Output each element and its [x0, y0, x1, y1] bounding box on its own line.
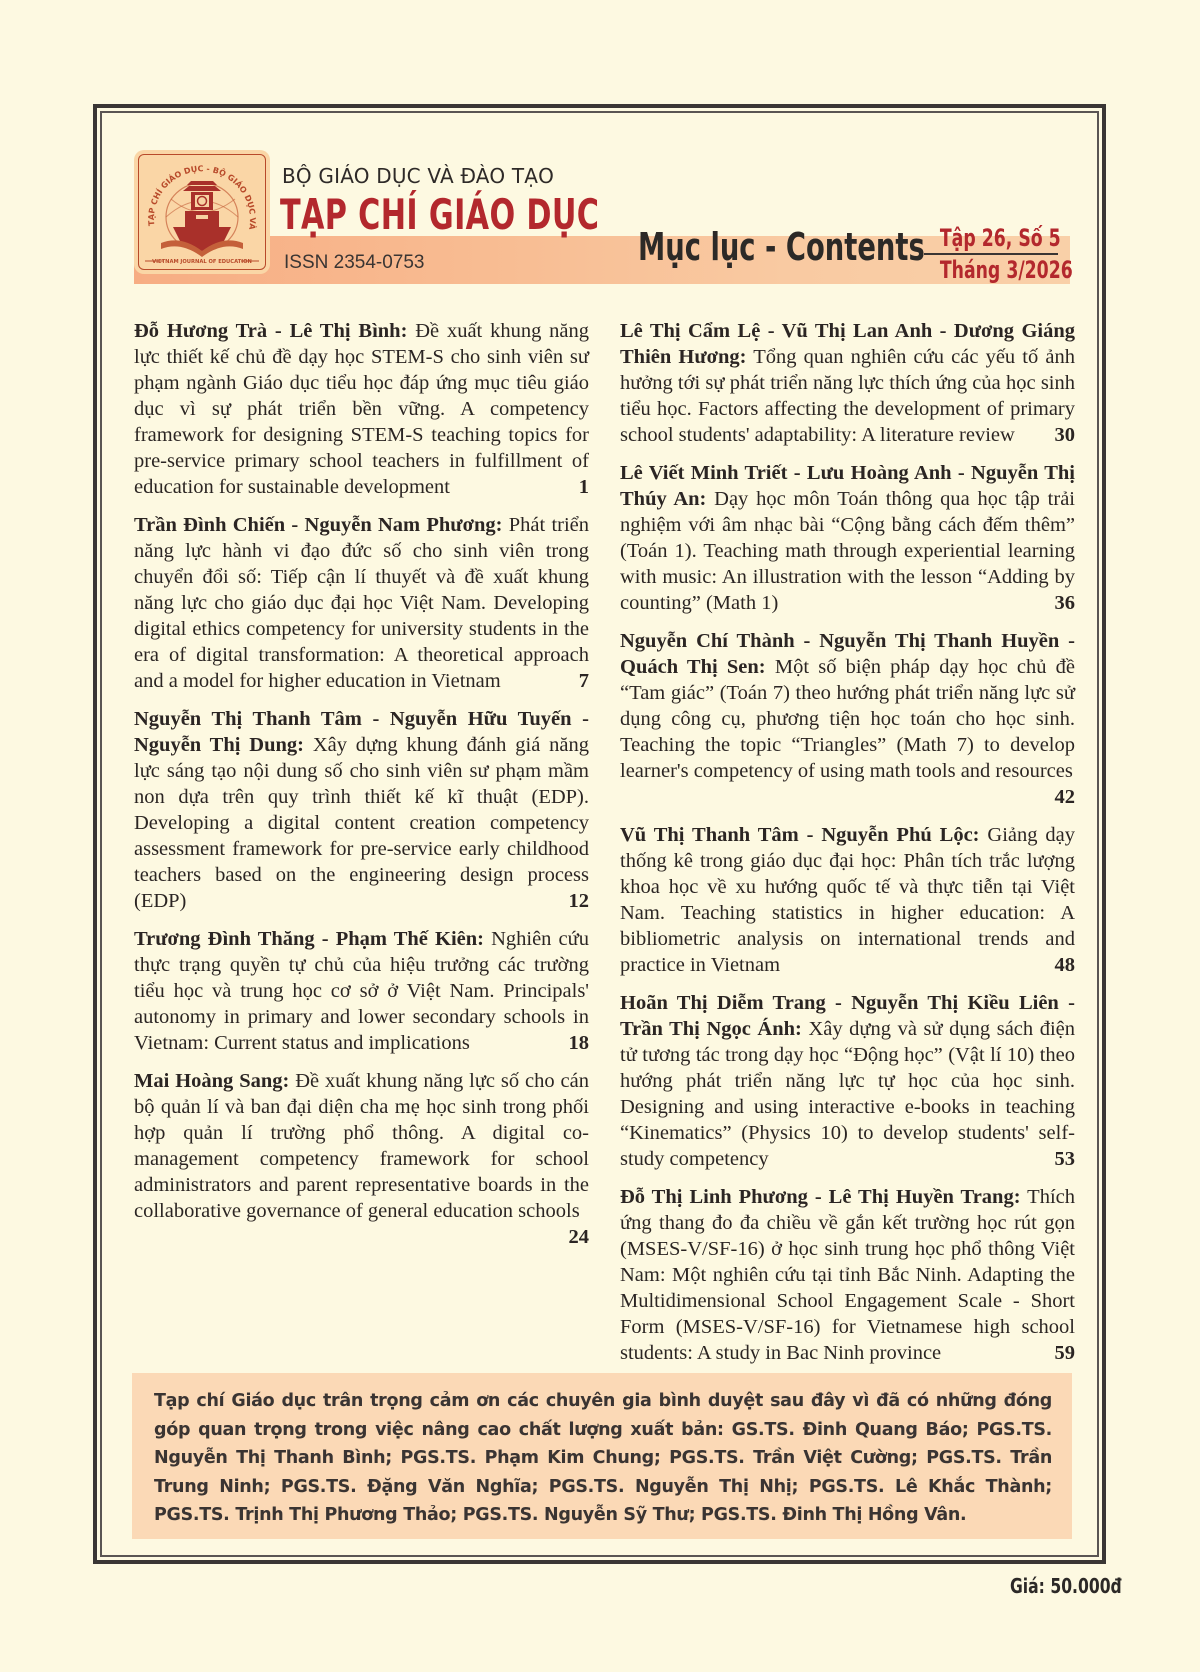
toc-entry[interactable]: Đỗ Thị Linh Phương - Lê Thị Huyền Trang:… [620, 1184, 1075, 1366]
issn: ISSN 2354-0753 [284, 252, 425, 274]
toc-entry[interactable]: Mai Hoàng Sang: Đề xuất khung năng lực s… [134, 1068, 589, 1250]
volume-issue: Tập 26, Số 5 [940, 223, 1042, 253]
toc-entry[interactable]: Vũ Thị Thanh Tâm - Nguyễn Phú Lộc: Giảng… [620, 822, 1075, 978]
toc-entry[interactable]: Nguyễn Thị Thanh Tâm - Nguyễn Hữu Tuyến … [134, 706, 589, 914]
entry-title: Xây dựng và sử dụng sách điện tử tương t… [620, 1018, 1075, 1170]
reviewer-acknowledgement: Tạp chí Giáo dục trân trọng cảm ơn các c… [132, 1373, 1072, 1539]
entry-title: Thích ứng thang đo đa chiều về gắn kết t… [620, 1186, 1075, 1364]
toc-entry[interactable]: Lê Viết Minh Triết - Lưu Hoàng Anh - Ngu… [620, 460, 1075, 616]
issue-date: Tháng 3/2026 [940, 255, 1042, 285]
entry-authors: Trần Đình Chiến - Nguyễn Nam Phương: [134, 514, 502, 536]
issue-info: Tập 26, Số 5 Tháng 3/2026 [920, 223, 1062, 285]
svg-text:VIETNAM JOURNAL OF EDUCATION: VIETNAM JOURNAL OF EDUCATION [152, 259, 252, 265]
toc-entry[interactable]: Trần Đình Chiến - Nguyễn Nam Phương: Phá… [134, 512, 589, 694]
entry-authors: Đỗ Hương Trà - Lê Thị Bình: [134, 320, 407, 342]
entry-page: 30 [1055, 422, 1076, 448]
ministry-name: BỘ GIÁO DỤC VÀ ĐÀO TẠO [282, 164, 554, 188]
contents-title: Mục lục - Contents [638, 225, 925, 269]
journal-title: TẠP CHÍ GIÁO DỤC [280, 190, 599, 239]
entry-page: 24 [569, 1224, 590, 1250]
entry-authors: Trương Đình Thăng - Phạm Thế Kiên: [134, 928, 484, 950]
toc-entry[interactable]: Trương Đình Thăng - Phạm Thế Kiên: Nghiê… [134, 926, 589, 1056]
entry-authors: Vũ Thị Thanh Tâm - Nguyễn Phú Lộc: [620, 824, 980, 846]
price-label: Giá: 50.000đ [1010, 1574, 1122, 1598]
toc-entry[interactable]: Lê Thị Cẩm Lệ - Vũ Thị Lan Anh - Dương G… [620, 318, 1075, 448]
entry-page: 59 [1055, 1340, 1076, 1366]
entry-page: 12 [569, 888, 590, 914]
entry-authors: Mai Hoàng Sang: [134, 1070, 289, 1092]
entry-authors: Đỗ Thị Linh Phương - Lê Thị Huyền Trang: [620, 1186, 1021, 1208]
entry-page: 7 [579, 668, 589, 694]
entry-page: 53 [1055, 1146, 1076, 1172]
entry-title: Xây dựng khung đánh giá năng lực sáng tạ… [134, 734, 589, 912]
entry-page: 18 [569, 1030, 590, 1056]
entry-title: Phát triển năng lực hành vi đạo đức số c… [134, 514, 589, 692]
entry-title: Đề xuất khung năng lực số cho cán bộ quả… [134, 1070, 589, 1222]
toc-entry[interactable]: Nguyễn Chí Thành - Nguyễn Thị Thanh Huyề… [620, 628, 1075, 810]
journal-logo: TẠP CHÍ GIÁO DỤC - BỘ GIÁO DỤC VÀ ĐÀO TẠ… [134, 150, 270, 274]
entry-page: 1 [579, 474, 589, 500]
contents-right-column: Lê Thị Cẩm Lệ - Vũ Thị Lan Anh - Dương G… [620, 318, 1075, 1378]
toc-entry[interactable]: Đỗ Hương Trà - Lê Thị Bình: Đề xuất khun… [134, 318, 589, 500]
entry-title: Giảng dạy thống kê trong giáo dục đại họ… [620, 824, 1075, 976]
contents-left-column: Đỗ Hương Trà - Lê Thị Bình: Đề xuất khun… [134, 318, 589, 1262]
entry-page: 48 [1055, 952, 1076, 978]
toc-entry[interactable]: Hoãn Thị Diễm Trang - Nguyễn Thị Kiều Li… [620, 990, 1075, 1172]
entry-page: 42 [1055, 784, 1076, 810]
entry-page: 36 [1055, 590, 1076, 616]
entry-title: Đề xuất khung năng lực thiết kế chủ đề d… [134, 320, 589, 498]
temple-book-globe-emblem-icon: TẠP CHÍ GIÁO DỤC - BỘ GIÁO DỤC VÀ ĐÀO TẠ… [139, 155, 265, 269]
